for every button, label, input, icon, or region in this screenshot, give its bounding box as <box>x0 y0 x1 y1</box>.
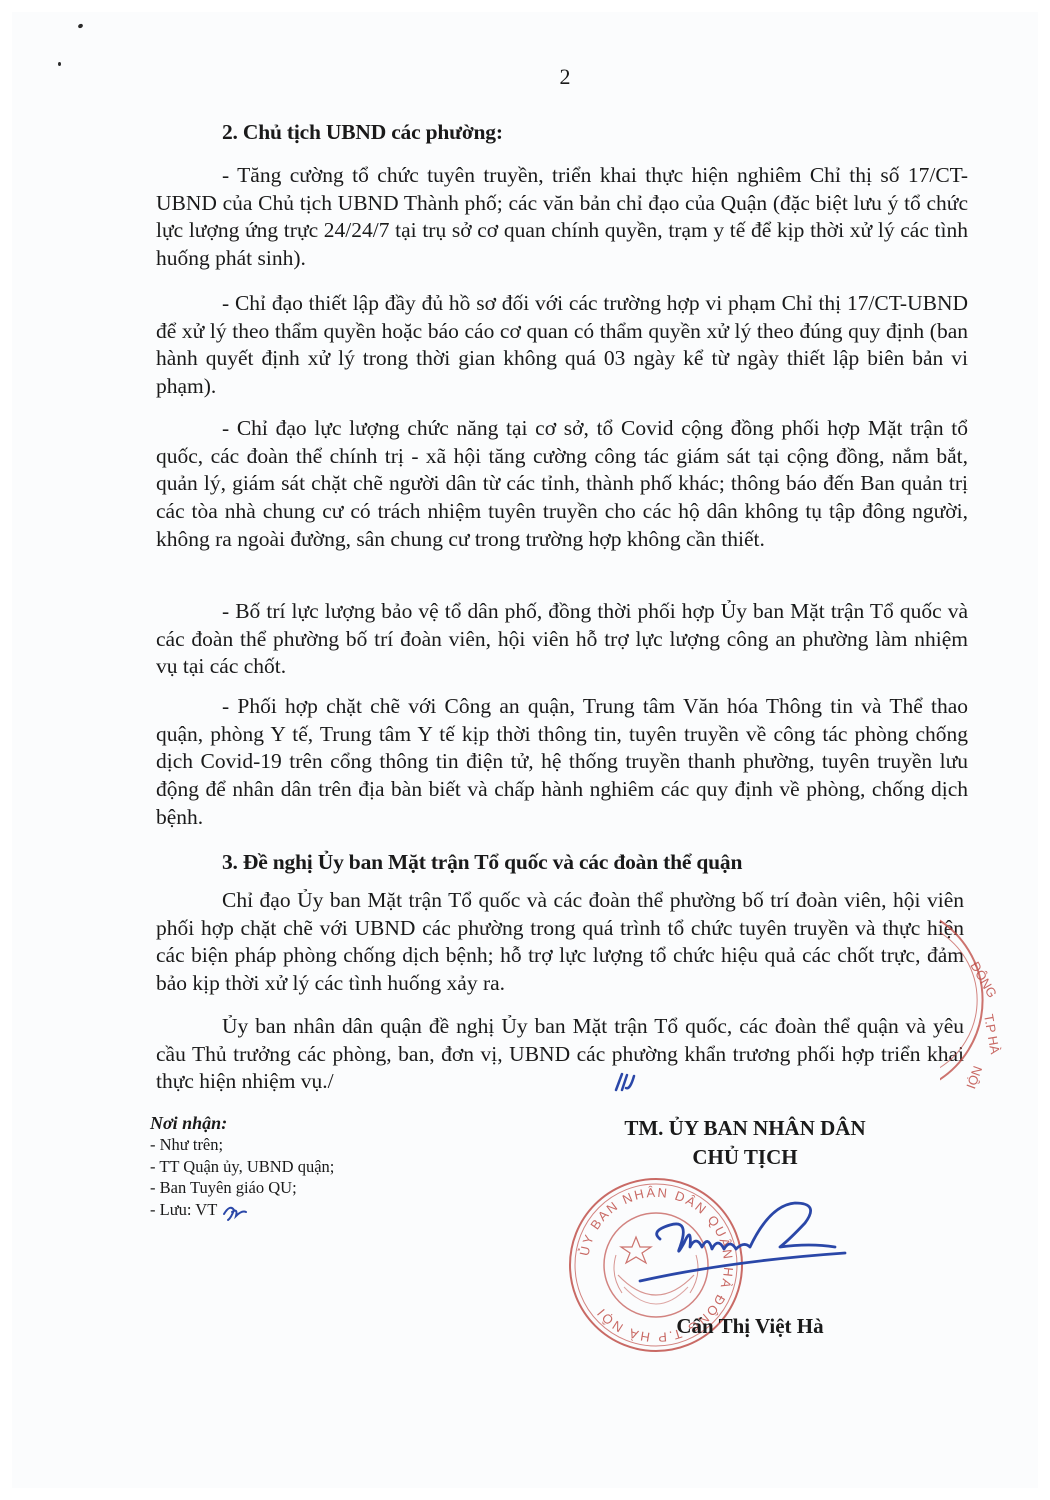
recipients-title: Nơi nhận: <box>150 1112 334 1134</box>
recipient-item: - TT Quận ủy, UBND quận; <box>150 1156 334 1178</box>
handwritten-signature-icon <box>620 1195 850 1285</box>
svg-text:ĐÔNG: ĐÔNG <box>967 959 999 1000</box>
section-2-paragraph: - Chỉ đạo lực lượng chức năng tại cơ sở,… <box>156 415 968 554</box>
signature-title-block: TM. ỦY BAN NHÂN DÂN CHỦ TỊCH <box>560 1114 930 1172</box>
scan-speck <box>77 23 83 29</box>
signature-position: CHỦ TỊCH <box>560 1143 930 1172</box>
section-3-paragraph: Chỉ đạo Ủy ban Mặt trận Tổ quốc và các đ… <box>156 887 964 998</box>
signature-title: TM. ỦY BAN NHÂN DÂN <box>560 1114 930 1143</box>
svg-text:NỘI: NỘI <box>963 1064 985 1091</box>
recipient-item: - Ban Tuyên giáo QU; <box>150 1177 334 1199</box>
section-3-heading: 3. Đề nghị Ủy ban Mặt trận Tổ quốc và cá… <box>222 850 742 875</box>
section-2-paragraph: - Chỉ đạo thiết lập đầy đủ hồ sơ đối với… <box>156 290 968 401</box>
section-2-paragraph: - Tăng cường tổ chức tuyên truyền, triển… <box>156 162 968 273</box>
overlap-seal-icon: ĐÔNG T.P HÀ NỘI <box>940 905 1020 1095</box>
section-2-paragraph: - Phối hợp chặt chẽ với Công an quận, Tr… <box>156 693 968 832</box>
page-number: 2 <box>0 64 1050 90</box>
section-3-paragraph: Ủy ban nhân dân quận đề nghị Ủy ban Mặt … <box>156 1013 964 1096</box>
section-2-paragraph: - Bố trí lực lượng bảo vệ tổ dân phố, đồ… <box>156 598 968 681</box>
initial-mark <box>222 1202 250 1222</box>
signer-name: Cấn Thị Việt Hà <box>560 1314 940 1339</box>
svg-text:T.P HÀ: T.P HÀ <box>981 1013 1003 1056</box>
recipient-item: - Như trên; <box>150 1134 334 1156</box>
initial-mark <box>612 1070 638 1092</box>
section-2-heading: 2. Chủ tịch UBND các phường: <box>222 120 503 145</box>
